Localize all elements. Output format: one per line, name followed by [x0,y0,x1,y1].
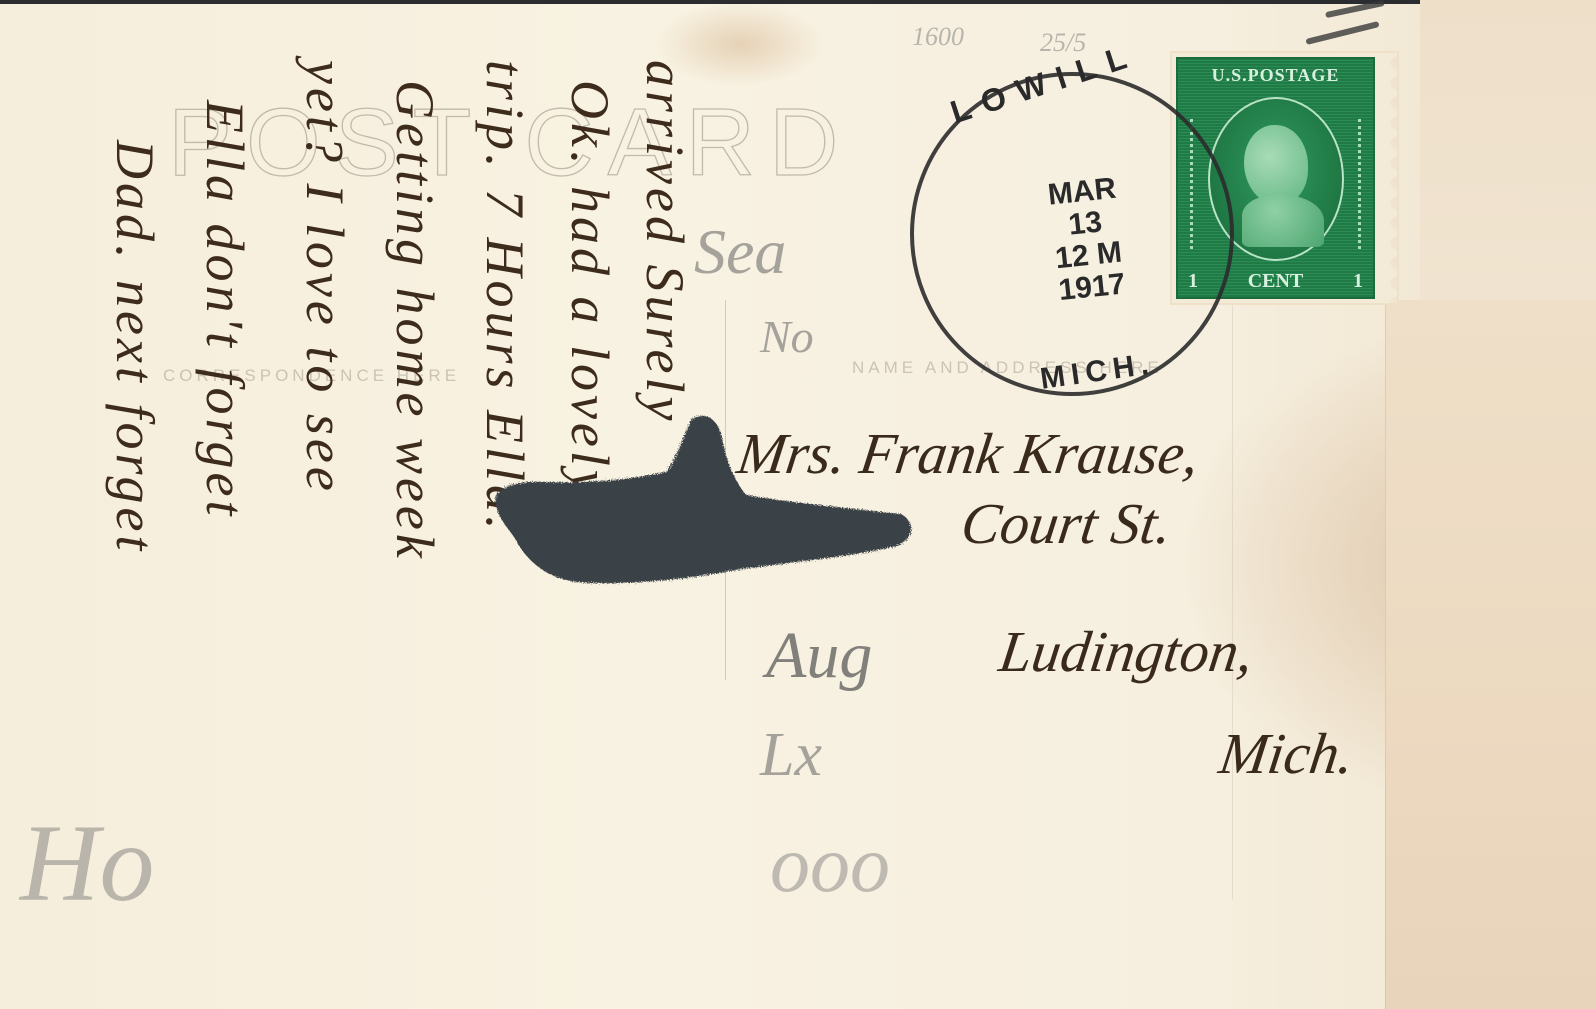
cancellation-bars [1305,0,1405,60]
pencil-scribble-lower-1: Aug [766,618,872,694]
paper-flap-right [1385,300,1596,1009]
message-line-4: Getting home week [390,80,440,960]
fold-line [1232,300,1233,900]
portrait-bust [1242,195,1324,247]
message-line-6: Ella don't forget [200,100,250,950]
stamp-top-text: U.S.POSTAGE [1178,65,1373,86]
stamp-denomination-word: CENT [1248,270,1304,293]
pencil-scribble-upper-1: Sea [694,215,786,289]
address-line-state: Mich. [1215,720,1358,787]
message-line-7: Dad. next forget [110,140,160,960]
pencil-scribble-upper-2: No [760,310,814,363]
message-line-5: yet? I love to see [300,60,350,960]
pencil-scribble-lower-2: Lx [760,720,822,791]
pencil-scribble-lower-3: ooo [770,820,890,911]
stamp-denomination-right: 1 [1353,270,1363,293]
portrait-head [1244,125,1308,205]
postmark-date: MAR 13 12 M 1917 [1006,169,1169,312]
address-line-city: Ludington, [995,618,1257,685]
stamp-perforation [1375,53,1397,303]
paper-stain-upper-right [1420,0,1596,300]
laurel-right-icon [1344,119,1361,249]
address-line-street: Court St. [957,490,1176,557]
address-line-name: Mrs. Frank Krause, [733,420,1203,487]
pencil-note-price: 1600 [912,22,964,52]
